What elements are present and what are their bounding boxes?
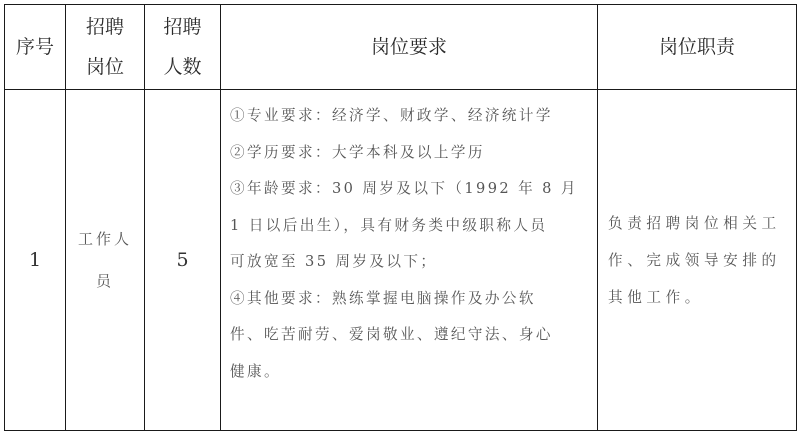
- row-position-line2: 员: [78, 260, 132, 302]
- header-duties-label: 岗位职责: [659, 36, 735, 58]
- requirement-line: ④其他要求：熟练掌握电脑操作及办公软: [230, 281, 589, 318]
- header-count: 招聘 人数: [145, 5, 221, 90]
- header-count-line1: 招聘: [163, 7, 201, 47]
- row-index-cell: 1: [5, 90, 66, 431]
- duty-line: 作、完成领导安排的: [608, 242, 790, 279]
- duty-line: 其他工作。: [608, 279, 790, 316]
- row-duties-cell: 负责招聘岗位相关工 作、完成领导安排的 其他工作。: [598, 90, 797, 431]
- header-count-line2: 人数: [163, 47, 201, 87]
- requirement-line: ①专业要求：经济学、财政学、经济统计学: [230, 98, 589, 135]
- row-position-cell: 工作人 员: [66, 90, 145, 431]
- recruitment-table: 序号 招聘 岗位 招聘 人数 岗位要求 岗位职责: [4, 4, 797, 431]
- table-row: 1 工作人 员 5 ①专业要求：经济学、财政学、经济统计学 ②学历要求：大学本科…: [5, 90, 797, 431]
- duty-line: 负责招聘岗位相关工: [608, 205, 790, 242]
- header-position-line2: 岗位: [86, 47, 124, 87]
- header-duties: 岗位职责: [598, 5, 797, 90]
- header-position-line1: 招聘: [86, 7, 124, 47]
- header-requirements-label: 岗位要求: [371, 36, 447, 58]
- requirement-line: 1 日以后出生），具有财务类中级职称人员: [230, 208, 589, 245]
- row-count-cell: 5: [145, 90, 221, 431]
- header-index-label: 序号: [16, 36, 54, 58]
- table-header-row: 序号 招聘 岗位 招聘 人数 岗位要求 岗位职责: [5, 5, 797, 90]
- row-position-line1: 工作人: [78, 218, 132, 260]
- requirement-line: ③年龄要求：30 周岁及以下（1992 年 8 月: [230, 171, 589, 208]
- header-index: 序号: [5, 5, 66, 90]
- requirement-line: 健康。: [230, 354, 589, 391]
- row-requirements-cell: ①专业要求：经济学、财政学、经济统计学 ②学历要求：大学本科及以上学历 ③年龄要…: [221, 90, 598, 431]
- header-position: 招聘 岗位: [66, 5, 145, 90]
- requirement-line: 件、吃苦耐劳、爱岗敬业、遵纪守法、身心: [230, 317, 589, 354]
- header-requirements: 岗位要求: [221, 5, 598, 90]
- row-count: 5: [176, 249, 188, 271]
- requirement-line: 可放宽至 35 周岁及以下；: [230, 244, 589, 281]
- row-index: 1: [29, 249, 41, 271]
- requirement-line: ②学历要求：大学本科及以上学历: [230, 135, 589, 172]
